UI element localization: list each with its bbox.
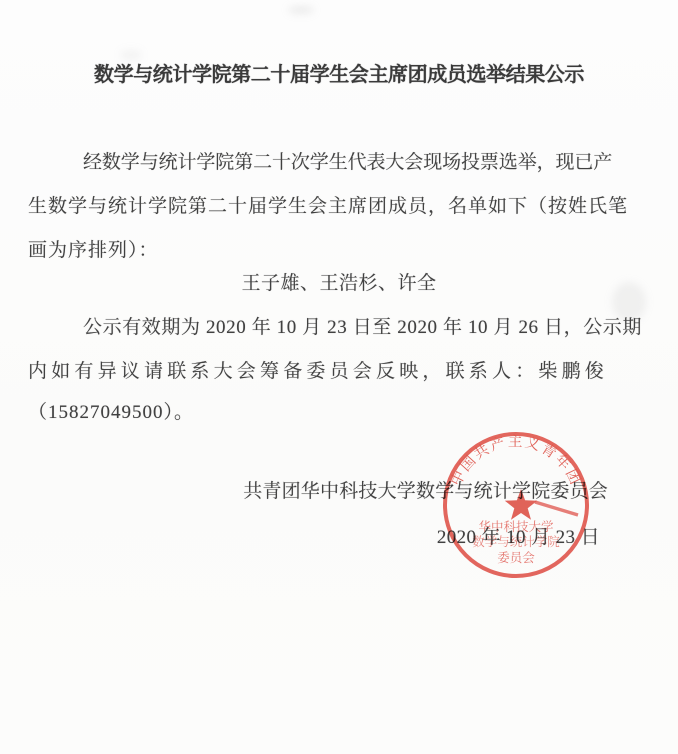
paragraph2-line3: （15827049500）。 [28,402,194,424]
seal-org-line1: 华中科技大学 [478,519,554,534]
elected-names-line: 王子雄、王浩杉、许全 [0,273,678,295]
official-seal: 中国共产主义青年团 华中科技大学 数学与统计学院 委员会 [438,428,598,584]
paragraph1-line3: 画为序排列）： [28,240,159,262]
paragraph1-line1: 经数学与统计学院第二十次学生代表大会现场投票选举，现已产 [83,152,612,174]
paragraph2-line1: 公示有效期为 2020 年 10 月 23 日至 2020 年 10 月 26 … [83,317,642,339]
scan-smudge [120,50,142,60]
seal-org-line3: 委员会 [497,551,535,565]
seal-star-icon [505,489,537,520]
paragraph2-line2: 内如有异议请联系大会筹备委员会反映，联系人：柴鹏俊 [28,361,608,383]
scanned-document-page: 数学与统计学院第二十届学生会主席团成员选举结果公示 经数学与统计学院第二十次学生… [0,0,678,754]
paragraph1-line2: 生数学与统计学院第二十届学生会主席团成员，名单如下（按姓氏笔 [28,196,628,218]
scan-smudge [288,6,314,14]
document-title: 数学与统计学院第二十届学生会主席团成员选举结果公示 [0,64,678,86]
seal-arc-text: 中国共产主义青年团 [448,433,585,489]
seal-slash-mark [535,502,578,515]
seal-org-line2: 数学与统计学院 [472,534,560,549]
